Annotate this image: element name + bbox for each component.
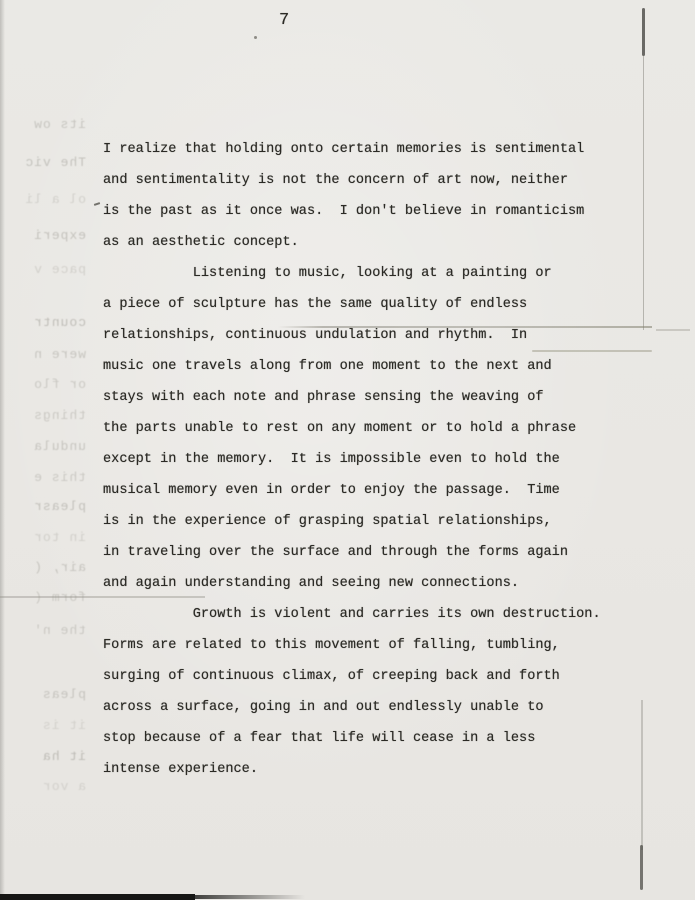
typed-line: is in the experience of grasping spatial… [103, 506, 601, 537]
bleed-through-line: undula [33, 440, 86, 454]
bleed-through-line: things [33, 409, 86, 423]
bleed-through-line: a vor [42, 780, 86, 794]
typed-line: and again understanding and seeing new c… [103, 568, 601, 599]
typed-line: in traveling over the surface and throug… [103, 537, 601, 568]
bleed-through-line: its ow [33, 118, 86, 132]
scan-edge-shadow-left [0, 0, 5, 900]
typed-line: across a surface, going in and out endle… [103, 692, 601, 723]
typed-line: a piece of sculpture has the same qualit… [103, 289, 601, 320]
scan-stray-mark [94, 202, 100, 206]
typed-text-block: I realize that holding onto certain memo… [103, 134, 601, 785]
typed-line: musical memory even in order to enjoy th… [103, 475, 601, 506]
bleed-through-line: pleas [42, 688, 86, 702]
typed-line: relationships, continuous undulation and… [103, 320, 601, 351]
typed-line: as an aesthetic concept. [103, 227, 601, 258]
typed-line: music one travels along from one moment … [103, 351, 601, 382]
typed-line: intense experience. [103, 754, 601, 785]
bleed-through-line: pace v [33, 263, 86, 277]
bleed-through-line: The vic [24, 156, 86, 170]
typed-line: except in the memory. It is impossible e… [103, 444, 601, 475]
page-number: 7 [279, 11, 289, 30]
typed-line: Listening to music, looking at a paintin… [103, 258, 601, 289]
bleed-through-line: or flo [33, 378, 86, 392]
bleed-through-line: air, ( [33, 561, 86, 575]
typed-line: surging of continuous climax, of creepin… [103, 661, 601, 692]
typed-line: Growth is violent and carries its own de… [103, 599, 601, 630]
scan-speck [254, 36, 257, 39]
typed-line: stop because of a fear that life will ce… [103, 723, 601, 754]
scan-bottom-edge-strip [0, 894, 195, 900]
bleed-through-line: were n [33, 348, 86, 362]
bleed-through-line: it ha [42, 750, 86, 764]
typed-line: the parts unable to rest on any moment o… [103, 413, 601, 444]
bleed-through-line: experi [33, 229, 86, 243]
bleed-through-line: this e [33, 471, 86, 485]
typed-line: and sentimentality is not the concern of… [103, 165, 601, 196]
bleed-through-line: form ( [33, 591, 86, 605]
bleed-through-line: pleasr [33, 500, 86, 514]
scan-scratch-vertical-bottom-dark [640, 845, 643, 890]
bleed-through-line: it is [42, 719, 86, 733]
scan-scratch-horizontal-1-tail [656, 329, 690, 331]
typed-line: is the past as it once was. I don't beli… [103, 196, 601, 227]
typed-line: Forms are related to this movement of fa… [103, 630, 601, 661]
bleed-through-line: the n' [33, 624, 86, 638]
scanned-document-page: 7 I realize that holding onto certain me… [0, 0, 695, 900]
typed-line: stays with each note and phrase sensing … [103, 382, 601, 413]
scan-scratch-vertical-bottom [641, 700, 643, 850]
bleed-through-line: in tor [33, 531, 86, 545]
scan-bottom-edge-strip-fade [195, 895, 305, 899]
typed-line: I realize that holding onto certain memo… [103, 134, 601, 165]
bleed-through-line: countr [33, 316, 86, 330]
scan-scratch-vertical-top [642, 8, 645, 56]
scan-scratch-vertical-mid [643, 54, 644, 330]
bleed-through-line: ol a li [24, 193, 86, 207]
